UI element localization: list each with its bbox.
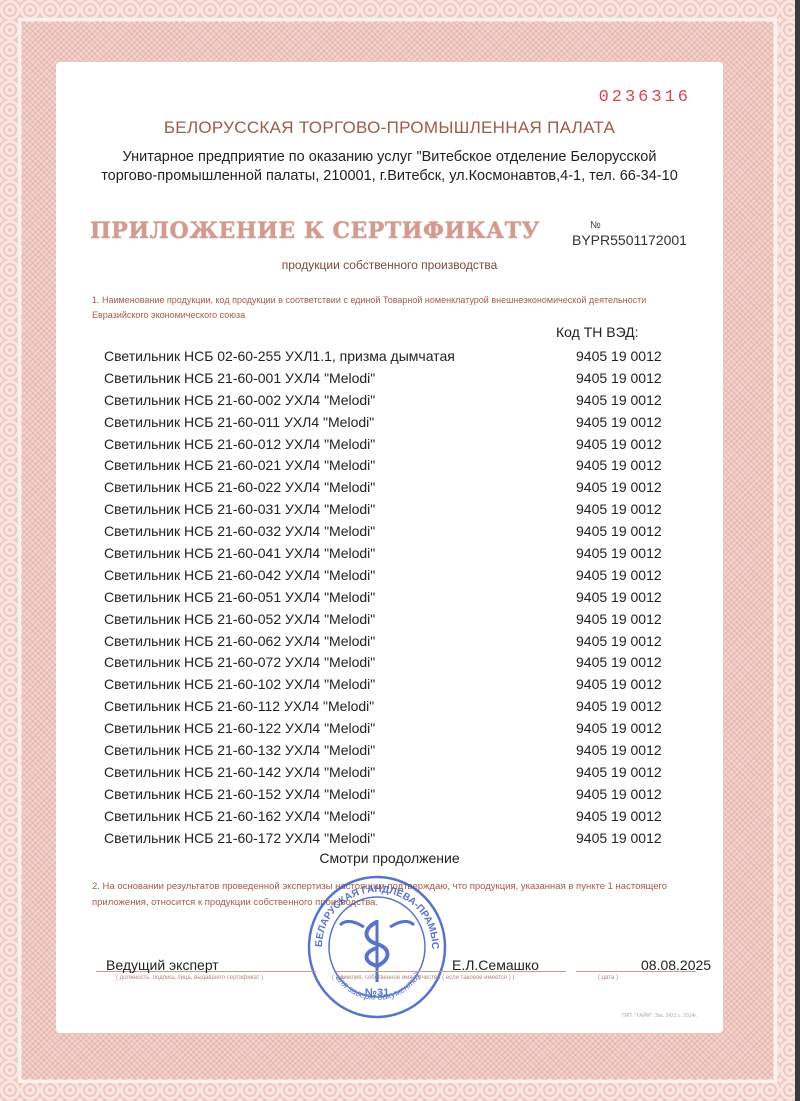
signature-date: 08.08.2025 bbox=[641, 957, 711, 973]
table-row: Светильник НСБ 21-60-032 УХЛ4 "Melodi"94… bbox=[104, 521, 674, 543]
table-row: Светильник НСБ 21-60-162 УХЛ4 "Melodi"94… bbox=[104, 806, 674, 828]
product-name: Светильник НСБ 21-60-072 УХЛ4 "Melodi" bbox=[104, 654, 375, 670]
product-name: Светильник НСБ 21-60-032 УХЛ4 "Melodi" bbox=[104, 523, 375, 539]
print-note: ТИП. "ТАЙМ". Зак. 2421 с. 2024г. bbox=[621, 1013, 697, 1019]
section-1-text: 1. Наименование продукции, код продукции… bbox=[92, 293, 693, 323]
caption-name: ( фамилия, собственное имя, отчество ( е… bbox=[332, 975, 514, 981]
caption-role: ( должность, подпись лица, выдавшего сер… bbox=[116, 975, 263, 981]
organization-line-2: торгово-промышленной палаты, 210001, г.В… bbox=[66, 167, 713, 186]
table-row: Светильник НСБ 21-60-012 УХЛ4 "Melodi"94… bbox=[104, 434, 674, 456]
product-code: 9405 19 0012 bbox=[576, 611, 662, 627]
table-row: Светильник НСБ 21-60-031 УХЛ4 "Melodi"94… bbox=[104, 499, 674, 521]
product-code: 9405 19 0012 bbox=[576, 720, 662, 736]
table-row: Светильник НСБ 21-60-052 УХЛ4 "Melodi"94… bbox=[104, 609, 674, 631]
product-code: 9405 19 0012 bbox=[576, 523, 662, 539]
product-code: 9405 19 0012 bbox=[576, 567, 662, 583]
table-row: Светильник НСБ 21-60-002 УХЛ4 "Melodi"94… bbox=[104, 390, 674, 412]
table-row: Светильник НСБ 21-60-001 УХЛ4 "Melodi"94… bbox=[104, 368, 674, 390]
serial-number: 0236316 bbox=[599, 88, 691, 107]
caption-date: ( дата ) bbox=[598, 975, 618, 981]
certificate-body: 0236316 БЕЛОРУССКАЯ ТОРГОВО-ПРОМЫШЛЕННАЯ… bbox=[56, 62, 723, 1033]
product-name: Светильник НСБ 21-60-132 УХЛ4 "Melodi" bbox=[104, 742, 375, 758]
product-code: 9405 19 0012 bbox=[576, 764, 662, 780]
organization-info: Унитарное предприятие по оказанию услуг … bbox=[66, 148, 713, 186]
product-name: Светильник НСБ 21-60-001 УХЛ4 "Melodi" bbox=[104, 370, 375, 386]
product-code: 9405 19 0012 bbox=[576, 501, 662, 517]
product-name: Светильник НСБ 21-60-051 УХЛ4 "Melodi" bbox=[104, 589, 375, 605]
product-name: Светильник НСБ 21-60-022 УХЛ4 "Melodi" bbox=[104, 479, 375, 495]
chamber-name: БЕЛОРУССКАЯ ТОРГОВО-ПРОМЫШЛЕННАЯ ПАЛАТА bbox=[56, 118, 723, 138]
product-name: Светильник НСБ 21-60-021 УХЛ4 "Melodi" bbox=[104, 457, 375, 473]
document-subtitle: продукции собственного производства bbox=[56, 258, 723, 272]
svg-text:БЕЛАРУСКАЯ ГАНДЛЁВА-ПРАМЫСЛОВА: БЕЛАРУСКАЯ ГАНДЛЁВА-ПРАМЫСЛОВАЯ ПАЛАТА bbox=[302, 872, 440, 949]
table-row: Светильник НСБ 21-60-022 УХЛ4 "Melodi"94… bbox=[104, 477, 674, 499]
number-label: № bbox=[590, 220, 601, 231]
product-name: Светильник НСБ 21-60-002 УХЛ4 "Melodi" bbox=[104, 392, 375, 408]
expert-role: Ведущий эксперт bbox=[106, 957, 219, 973]
expert-name: Е.Л.Семашко bbox=[452, 957, 539, 973]
code-column-header: Код ТН ВЭД: bbox=[556, 324, 639, 340]
table-row: Светильник НСБ 21-60-172 УХЛ4 "Melodi"94… bbox=[104, 828, 674, 850]
product-name: Светильник НСБ 21-60-102 УХЛ4 "Melodi" bbox=[104, 676, 375, 692]
table-row: Светильник НСБ 21-60-122 УХЛ4 "Melodi"94… bbox=[104, 718, 674, 740]
scan-edge bbox=[795, 0, 800, 1101]
product-name: Светильник НСБ 21-60-112 УХЛ4 "Melodi" bbox=[104, 698, 374, 714]
product-code: 9405 19 0012 bbox=[576, 654, 662, 670]
table-row: Светильник НСБ 21-60-062 УХЛ4 "Melodi"94… bbox=[104, 631, 674, 653]
product-code: 9405 19 0012 bbox=[576, 457, 662, 473]
table-row: Светильник НСБ 21-60-102 УХЛ4 "Melodi"94… bbox=[104, 674, 674, 696]
product-code: 9405 19 0012 bbox=[576, 589, 662, 605]
table-row: Светильник НСБ 21-60-051 УХЛ4 "Melodi"94… bbox=[104, 587, 674, 609]
product-name: Светильник НСБ 21-60-122 УХЛ4 "Melodi" bbox=[104, 720, 375, 736]
svg-text:№31: №31 bbox=[365, 987, 390, 999]
table-row: Светильник НСБ 21-60-112 УХЛ4 "Melodi"94… bbox=[104, 696, 674, 718]
product-code: 9405 19 0012 bbox=[576, 698, 662, 714]
product-name: Светильник НСБ 21-60-172 УХЛ4 "Melodi" bbox=[104, 830, 375, 846]
table-row: Светильник НСБ 21-60-132 УХЛ4 "Melodi"94… bbox=[104, 740, 674, 762]
table-row: Светильник НСБ 21-60-021 УХЛ4 "Melodi"94… bbox=[104, 455, 674, 477]
product-code: 9405 19 0012 bbox=[576, 633, 662, 649]
product-name: Светильник НСБ 21-60-052 УХЛ4 "Melodi" bbox=[104, 611, 375, 627]
product-code: 9405 19 0012 bbox=[576, 479, 662, 495]
product-name: Светильник НСБ 21-60-011 УХЛ4 "Melodi" bbox=[104, 414, 374, 430]
product-name: Светильник НСБ 21-60-062 УХЛ4 "Melodi" bbox=[104, 633, 375, 649]
product-list: Светильник НСБ 02-60-255 УХЛ1.1, призма … bbox=[104, 346, 674, 849]
product-name: Светильник НСБ 21-60-042 УХЛ4 "Melodi" bbox=[104, 567, 375, 583]
product-code: 9405 19 0012 bbox=[576, 545, 662, 561]
product-code: 9405 19 0012 bbox=[576, 808, 662, 824]
title-row: ПРИЛОЖЕНИЕ К СЕРТИФИКАТУ № BYPR550117200… bbox=[90, 218, 710, 258]
certificate-number: BYPR5501172001 bbox=[572, 232, 687, 248]
table-row: Светильник НСБ 21-60-142 УХЛ4 "Melodi"94… bbox=[104, 762, 674, 784]
organization-line-1: Унитарное предприятие по оказанию услуг … bbox=[66, 148, 713, 167]
product-code: 9405 19 0012 bbox=[576, 392, 662, 408]
table-row: Светильник НСБ 02-60-255 УХЛ1.1, призма … bbox=[104, 346, 674, 368]
table-row: Светильник НСБ 21-60-011 УХЛ4 "Melodi"94… bbox=[104, 412, 674, 434]
product-name: Светильник НСБ 21-60-162 УХЛ4 "Melodi" bbox=[104, 808, 375, 824]
product-code: 9405 19 0012 bbox=[576, 348, 662, 364]
product-name: Светильник НСБ 21-60-031 УХЛ4 "Melodi" bbox=[104, 501, 375, 517]
table-row: Светильник НСБ 21-60-152 УХЛ4 "Melodi"94… bbox=[104, 784, 674, 806]
product-code: 9405 19 0012 bbox=[576, 830, 662, 846]
product-code: 9405 19 0012 bbox=[576, 786, 662, 802]
table-row: Светильник НСБ 21-60-072 УХЛ4 "Melodi"94… bbox=[104, 652, 674, 674]
product-code: 9405 19 0012 bbox=[576, 676, 662, 692]
product-code: 9405 19 0012 bbox=[576, 436, 662, 452]
product-name: Светильник НСБ 21-60-142 УХЛ4 "Melodi" bbox=[104, 764, 375, 780]
continued-label: Смотри продолжение bbox=[56, 850, 723, 866]
product-code: 9405 19 0012 bbox=[576, 742, 662, 758]
document-title: ПРИЛОЖЕНИЕ К СЕРТИФИКАТУ bbox=[90, 218, 540, 244]
product-name: Светильник НСБ 02-60-255 УХЛ1.1, призма … bbox=[104, 348, 455, 364]
table-row: Светильник НСБ 21-60-042 УХЛ4 "Melodi"94… bbox=[104, 565, 674, 587]
product-name: Светильник НСБ 21-60-152 УХЛ4 "Melodi" bbox=[104, 786, 375, 802]
official-stamp-icon: БЕЛАРУСКАЯ ГАНДЛЁВА-ПРАМЫСЛОВАЯ ПАЛАТА д… bbox=[302, 872, 452, 1022]
product-code: 9405 19 0012 bbox=[576, 414, 662, 430]
table-row: Светильник НСБ 21-60-041 УХЛ4 "Melodi"94… bbox=[104, 543, 674, 565]
signature-row: Ведущий эксперт Е.Л.Семашко 08.08.2025 (… bbox=[56, 955, 723, 985]
product-code: 9405 19 0012 bbox=[576, 370, 662, 386]
product-name: Светильник НСБ 21-60-012 УХЛ4 "Melodi" bbox=[104, 436, 375, 452]
product-name: Светильник НСБ 21-60-041 УХЛ4 "Melodi" bbox=[104, 545, 375, 561]
